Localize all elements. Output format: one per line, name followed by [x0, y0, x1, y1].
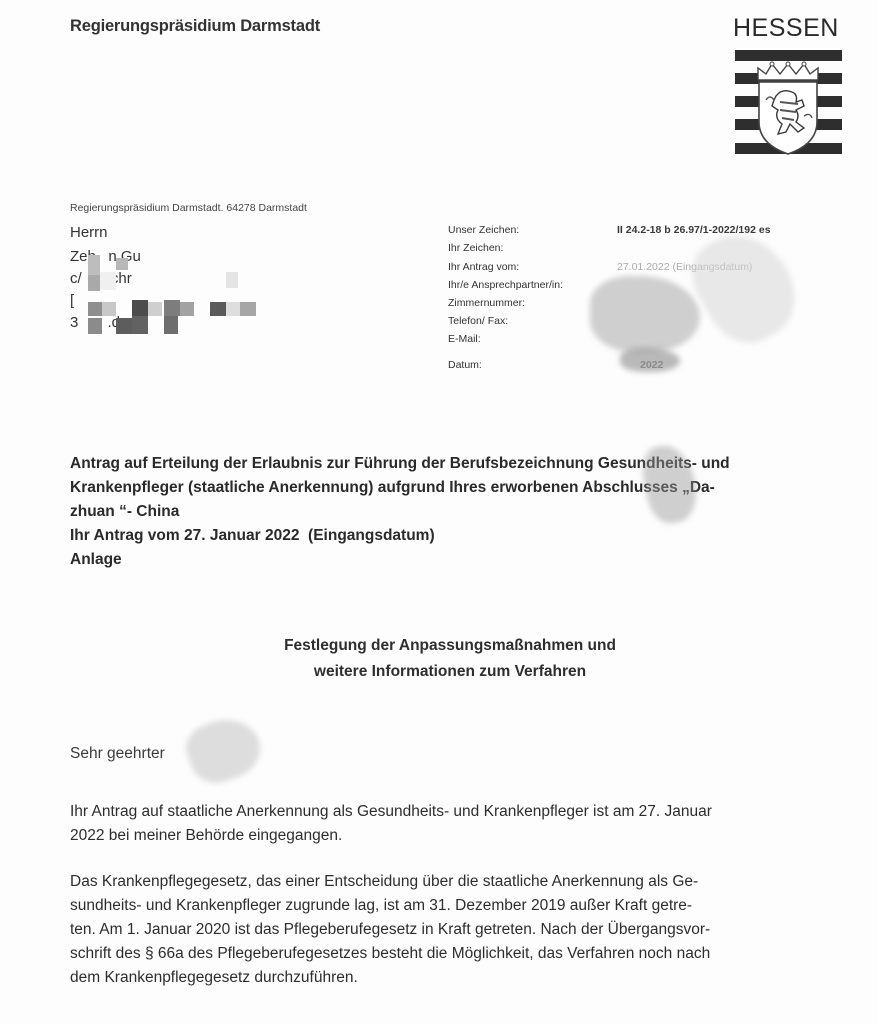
meta-label: Unser Zeichen:: [448, 224, 519, 236]
letter-subject: Antrag auf Erteilung der Erlaubnis zur F…: [70, 452, 830, 572]
meta-label: Ihr/e Ansprechpartner/in:: [448, 279, 563, 291]
section-title-line: Festlegung der Anpassungsmaßnahmen und: [200, 637, 700, 655]
subject-line: zhuan “- China: [70, 500, 830, 524]
salutation: Sehr geehrter: [70, 745, 165, 763]
paragraph-line: sundheits- und Krankenpfleger zugrunde l…: [70, 894, 840, 918]
sender-return-address: Regierungspräsidium Darmstadt. 64278 Dar…: [70, 202, 307, 214]
hessen-logo-text: HESSEN: [733, 14, 839, 43]
paragraph-line: 2022 bei meiner Behörde eingegangen.: [70, 824, 840, 848]
redaction-smudge: [679, 217, 812, 357]
hessen-coat-of-arms-icon: [752, 60, 824, 156]
meta-label: Ihr Zeichen:: [448, 242, 503, 254]
recipient-salutation-line: Herrn: [70, 224, 108, 241]
body-paragraph: Das Krankenpflegegesetz, das einer Entsc…: [70, 870, 840, 990]
meta-label: Zimmernummer:: [448, 297, 525, 309]
redaction-smudge: [180, 709, 268, 790]
paragraph-line: ten. Am 1. Januar 2020 ist das Pflegeber…: [70, 918, 840, 942]
meta-value-our-reference: II 24.2-18 b 26.97/1-2022/192 es: [617, 224, 771, 236]
paragraph-line: schrift des § 66a des Pflegeberufegesetz…: [70, 942, 840, 966]
redaction-smudge: [620, 348, 680, 372]
recipient-name: Zeh n Gu: [70, 248, 141, 265]
paragraph-line: Das Krankenpflegegesetz, das einer Entsc…: [70, 870, 840, 894]
subject-line: Antrag auf Erteilung der Erlaubnis zur F…: [70, 452, 830, 476]
subject-line: Krankenpfleger (staatliche Anerkennung) …: [70, 476, 830, 500]
meta-label: Ihr Antrag vom:: [448, 261, 519, 273]
subject-line: Ihr Antrag vom 27. Januar 2022 (Eingangs…: [70, 524, 830, 548]
meta-label: E-Mail:: [448, 333, 481, 345]
meta-label: Telefon/ Fax:: [448, 315, 508, 327]
redaction-smudge: [590, 276, 700, 352]
recipient-address-line: [: [70, 292, 74, 309]
meta-label: Datum:: [448, 359, 482, 371]
paragraph-line: Ihr Antrag auf staatliche Anerkennung al…: [70, 800, 840, 824]
body-paragraph: Ihr Antrag auf staatliche Anerkennung al…: [70, 800, 840, 848]
section-title-line: weitere Informationen zum Verfahren: [200, 663, 700, 681]
organization-name: Regierungspräsidium Darmstadt: [70, 17, 320, 36]
paragraph-line: dem Krankenpflegegesetz durchzuführen.: [70, 966, 840, 990]
subject-line: Anlage: [70, 548, 830, 572]
